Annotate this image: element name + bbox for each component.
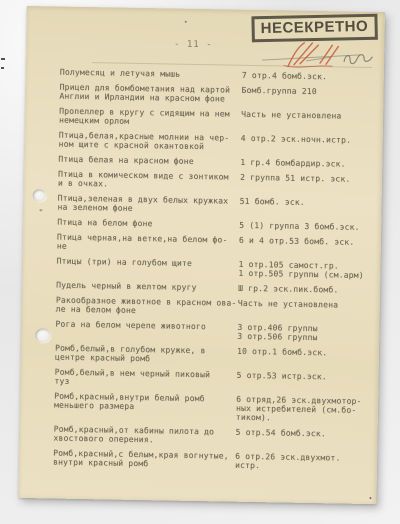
- table-row: Птица черная,на ветке,на белом фо- не 6 …: [57, 233, 373, 257]
- emblem-description: Птица на белом фоне: [57, 218, 239, 230]
- table-row: Птица в комическом виде с зонтиком и в о…: [58, 170, 374, 194]
- unit-designation: 7 отр.4 бомб.эск.: [242, 71, 376, 82]
- unit-designation: Бомб.группа 210: [241, 86, 375, 106]
- emblem-table: Полумесяц и летучая мышь 7 отр.4 бомб.эс…: [53, 68, 376, 478]
- emblem-description: Ромб,белый,в голубом кружке, в центре кр…: [55, 344, 237, 365]
- unit-designation: 51 бомб. эск.: [239, 197, 373, 217]
- unit-designation: 5 (1) группа 3 бомб.эск.: [239, 221, 373, 232]
- unit-designation: 2 группа 51 истр. эск.: [240, 173, 374, 193]
- emblem-description: Ромб,красный,внутри белый ромб меньшего …: [54, 392, 236, 422]
- table-row: Птица на белом фоне 5 (1) группа 3 бомб.…: [57, 218, 373, 233]
- paper-speck: [369, 497, 371, 499]
- table-row: Ромб,белый,в голубом кружке, в центре кр…: [55, 344, 371, 368]
- table-row: Рога на белом черепе животного 3 отр.406…: [55, 320, 371, 344]
- unit-designation: 4 отр.2 эск.ночн.истр.: [240, 134, 374, 154]
- emblem-description: Полумесяц и летучая мышь: [60, 68, 242, 80]
- table-row: Ромб,красный,от кабины пилота до хвостов…: [53, 425, 369, 449]
- table-row: Ромб,красный,внутри белый ромб меньшего …: [54, 392, 370, 425]
- unit-designation: 3 отр.406 группы 3 отр.506 группы: [237, 323, 371, 343]
- table-row: Пропеллер в кругу с сидящим на нем немец…: [59, 107, 375, 131]
- table-row: Птицы (три) на голубом щите 1 отр.105 са…: [56, 257, 372, 281]
- table-row: Птица,зеленая в двух белых кружках на зе…: [57, 194, 373, 218]
- table-row: Птица,белая,красные молнии на чер- ном щ…: [59, 131, 375, 155]
- stamp-label: НЕСЕКРЕТНО: [261, 18, 369, 37]
- emblem-description: Ромб,красный,с белым,края вогнутые, внут…: [53, 449, 235, 470]
- unit-designation: 6 отр.26 эск.двухмот. истр.: [235, 452, 369, 472]
- emblem-description: Ромб,белый,в нем черный пиковый туз: [54, 368, 236, 389]
- unit-designation: 10 отр.1 бомб.эск.: [237, 347, 371, 367]
- table-row: Пудель черный в желтом кругу Ш гр.2 эск.…: [56, 281, 372, 296]
- table-row: Птица белая на красном фоне 1 гр.4 бомба…: [58, 155, 374, 170]
- emblem-description: Птица в комическом виде с зонтиком и в о…: [58, 170, 240, 191]
- unit-designation: Часть не установлена: [238, 299, 372, 319]
- emblem-description: Ракообразное животное в красном ова- ле …: [56, 296, 238, 317]
- table-row: Ракообразное животное в красном ова- ле …: [56, 296, 372, 320]
- emblem-description: Пудель черный в желтом кругу: [56, 281, 238, 293]
- unit-designation: 5 отр.54 бомб.эск.: [235, 428, 369, 448]
- emblem-description: Птицы (три) на голубом щите: [56, 257, 238, 278]
- table-row: Прицел для бомбометания над картой Англи…: [59, 83, 375, 107]
- emblem-description: Птица,зеленая в двух белых кружках на зе…: [57, 194, 239, 215]
- unit-designation: Часть не установлена: [241, 110, 375, 130]
- paper-speck: [39, 209, 42, 211]
- scan-edge-marks: [0, 58, 6, 80]
- emblem-description: Пропеллер в кругу с сидящим на нем немец…: [59, 107, 241, 128]
- emblem-description: Птица белая на красном фоне: [58, 155, 240, 167]
- emblem-description: Прицел для бомбометания над картой Англи…: [59, 83, 241, 104]
- unit-designation: 1 гр.4 бомбардир.эск.: [240, 158, 374, 169]
- unit-designation: 5 отр.53 истр.эск.: [236, 371, 370, 391]
- paper-speck: [185, 21, 187, 23]
- document-page: НЕСЕКРЕТНО - 11 - Полумесяц и летучая мы…: [18, 6, 385, 504]
- unit-designation: 6 отряд,26 эск.двухмотор- ных истребител…: [236, 395, 370, 424]
- unit-designation: Ш гр.2 эск.пик.бомб.: [238, 284, 372, 295]
- punch-hole: [33, 189, 46, 201]
- table-row: Ромб,белый,в нем черный пиковый туз 5 от…: [54, 368, 370, 392]
- unit-designation: 1 отр.105 самост.гр. 1 отр.505 группы (с…: [238, 260, 372, 280]
- unit-designation: 6 и 4 отр.53 бомб. эск.: [239, 236, 373, 256]
- punch-hole: [35, 328, 50, 342]
- emblem-description: Птица,белая,красные молнии на чер- ном щ…: [59, 131, 241, 152]
- emblem-description: Птица черная,на ветке,на белом фо- не: [57, 233, 239, 254]
- table-row: Ромб,красный,с белым,края вогнутые, внут…: [53, 449, 369, 473]
- emblem-description: Ромб,красный,от кабины пилота до хвостов…: [53, 425, 235, 446]
- emblem-description: Рога на белом черепе животного: [55, 320, 237, 341]
